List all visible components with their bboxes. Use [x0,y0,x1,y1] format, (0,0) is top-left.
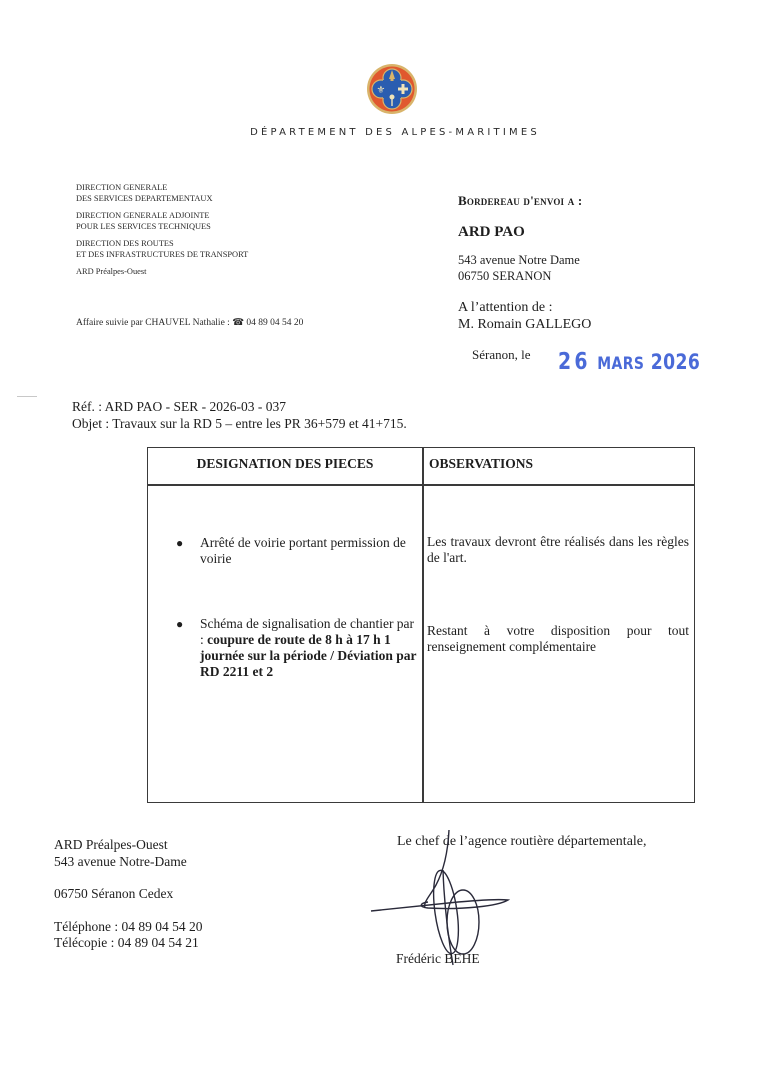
column-divider [422,448,424,802]
direction-group: DIRECTION DES ROUTES ET DES INFRASTRUCTU… [76,239,248,260]
observation-text: Les travaux devront être réalisés dans l… [427,534,689,565]
department-title: DÉPARTEMENT DES ALPES-MARITIMES [0,127,768,138]
handwritten-signature-icon [368,830,538,970]
sender-contact-block: ARD Préalpes-Ouest 543 avenue Notre-Dame… [54,837,202,952]
direction-line: DIRECTION GENERALE ADJOINTE [76,211,248,222]
direction-group: DIRECTION GENERALE ADJOINTE POUR LES SER… [76,211,248,232]
recipient-address: 543 avenue Notre Dame 06750 SERANON [458,252,591,284]
bordereau-label: Bordereau d'envoi a : [458,193,591,209]
table-row-observation: Restant à votre disposition pour tout re… [427,623,689,655]
date-place: Séranon, le [472,347,530,363]
direction-line: DIRECTION DES ROUTES [76,239,248,250]
observation-text: Restant à votre disposition pour tout re… [427,623,689,655]
direction-line: POUR LES SERVICES TECHNIQUES [76,222,248,233]
alpes-maritimes-coat-of-arms-icon: ⚜ [366,63,418,115]
bullet-icon: ● [176,535,183,551]
stamp-year: 2026 [651,350,701,374]
sender-address: 543 avenue Notre-Dame [54,854,202,871]
stamp-month: MARS [597,354,644,374]
direction-line: ET DES INFRASTRUCTURES DE TRANSPORT [76,250,248,261]
direction-group: DIRECTION GENERALE DES SERVICES DEPARTEM… [76,183,248,204]
sender-phone: Téléphone : 04 89 04 54 20 [54,919,202,936]
stamp-day: 26 [558,349,591,375]
margin-mark [17,396,37,397]
date-stamp: 26 MARS 2026 [558,349,700,375]
case-handler-label: Affaire suivie par CHAUVEL Nathalie : [76,318,230,328]
case-handler-line: Affaire suivie par CHAUVEL Nathalie : ☎ … [76,317,303,328]
bullet-icon: ● [176,616,183,632]
telephone-icon: ☎ [232,318,244,328]
table-row-observation: Les travaux devront être réalisés dans l… [427,534,689,566]
direction-group: ARD Préalpes-Ouest [76,267,248,278]
table-row-piece: ● Schéma de signalisation de chantier pa… [200,616,418,680]
svg-text:⚜: ⚜ [377,85,386,96]
documents-table: DESIGNATION DES PIECES OBSERVATIONS ● Ar… [147,447,695,803]
direction-line: DIRECTION GENERALE [76,183,248,194]
column-header-designation: DESIGNATION DES PIECES [148,456,422,472]
signer-name: Frédéric BEHE [396,951,480,967]
direction-line: DES SERVICES DEPARTEMENTAUX [76,194,248,205]
sender-org: ARD Préalpes-Ouest [54,837,202,854]
sender-city: 06750 Séranon Cedex [54,886,202,903]
directions-block: DIRECTION GENERALE DES SERVICES DEPARTEM… [76,183,248,285]
agency-name: ARD Préalpes-Ouest [76,267,248,278]
column-header-observations: OBSERVATIONS [429,456,533,472]
recipient-address-line: 06750 SERANON [458,268,591,284]
case-handler-phone: 04 89 04 54 20 [246,318,303,328]
attention-name: M. Romain GALLEGO [458,316,591,333]
header-divider [148,484,694,486]
attention-block: A l’attention de : M. Romain GALLEGO [458,299,591,333]
sender-fax: Télécopie : 04 89 04 54 21 [54,935,202,952]
table-row-piece: ● Arrêté de voirie portant permission de… [200,535,418,567]
piece-text: Arrêté de voirie portant permission de v… [200,535,406,566]
object-line: Objet : Travaux sur la RD 5 – entre les … [72,416,407,433]
recipient-block: Bordereau d'envoi a : ARD PAO 543 avenue… [458,193,591,333]
recipient-name: ARD PAO [458,224,591,240]
recipient-address-line: 543 avenue Notre Dame [458,252,591,268]
reference-block: Réf. : ARD PAO - SER - 2026-03 - 037 Obj… [72,399,407,432]
attention-label: A l’attention de : [458,299,591,316]
reference-line: Réf. : ARD PAO - SER - 2026-03 - 037 [72,399,407,416]
piece-text-bold: coupure de route de 8 h à 17 h 1 journée… [200,632,416,679]
